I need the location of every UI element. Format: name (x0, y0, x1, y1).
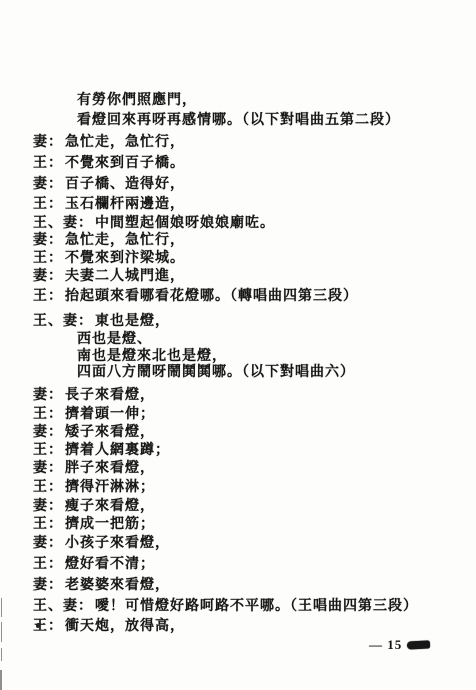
lyric-line: 王：玉石欄杆兩邊造， (33, 196, 185, 213)
lyric-text: 擠成一把筋； (65, 517, 155, 532)
lyric-text: 百子橋、造得好， (65, 177, 185, 192)
speaker-label: 王： (33, 443, 63, 458)
lyric-line: 王：擠成一把筋； (33, 516, 155, 533)
lyric-line: 妻：老婆婆來看燈， (33, 577, 170, 594)
lyric-text: 長子來看燈， (65, 388, 155, 403)
scan-edge-artifact (1, 648, 2, 661)
lyric-text: 矮子來看燈， (65, 425, 155, 440)
page-number: — 15 (369, 637, 402, 653)
lyric-text: 夫妻二人城門進， (65, 269, 185, 284)
lyric-line: 王：抬起頭來看哪看花燈哪。（轉唱曲四第三段） (33, 288, 358, 305)
speaker-label: 王、妻： (33, 599, 93, 614)
lyric-line: 四面八方鬧呀鬧鬨鬨哪。（以下對唱曲六） (75, 364, 355, 381)
lyric-text: 不覺來到汴梁城。 (65, 251, 185, 266)
lyric-text: 南也是燈來北也是燈， (77, 349, 227, 364)
lyric-text: 抬起頭來看哪看花燈哪。（轉唱曲四第三段） (65, 289, 358, 304)
scanned-opera-script-page: 有勞你們照應門， 看燈回來再呀再感情哪。（以下對唱曲五第二段） 妻：急忙走，急忙… (0, 0, 476, 690)
lyric-text: 瘦子來看燈， (65, 499, 155, 514)
speaker-label: 王： (33, 289, 63, 304)
speaker-label: 妻： (33, 425, 63, 440)
scan-edge-artifact (1, 622, 2, 642)
lyric-text: 老婆婆來看燈， (65, 578, 170, 593)
scan-edge-artifact (0, 670, 2, 690)
page-footer: — 15 (369, 637, 430, 653)
lyric-text: 看燈回來再呀再感情哪。（以下對唱曲五第二段） (77, 113, 400, 128)
speaker-label: 王： (33, 407, 63, 422)
speaker-label: 妻： (33, 536, 63, 551)
lyric-line: 妻：急忙走，急忙行， (33, 134, 185, 151)
lyric-text: 小孩子來看燈， (65, 536, 170, 551)
speaker-label: 妻： (33, 269, 63, 284)
speaker-label: 王： (33, 517, 63, 532)
lyric-text: 擠着人網裏蹲； (65, 443, 170, 458)
speaker-label: 妻： (33, 461, 63, 476)
speaker-label: 妻： (33, 135, 63, 150)
lyric-text: 胖子來看燈， (65, 461, 155, 476)
lyric-line: 妻：矮子來看燈， (33, 424, 155, 441)
speaker-label: 王、妻： (33, 314, 93, 329)
lyric-line: 有勞你們照應門， (75, 92, 197, 109)
lyric-text: 玉石欄杆兩邊造， (65, 197, 185, 212)
ink-speck (36, 623, 40, 628)
lyric-line: 王、妻：中間塑起個娘呀娘娘廟咗。 (33, 215, 275, 232)
speaker-label: 王： (33, 197, 63, 212)
lyrics-block: 有勞你們照應門， 看燈回來再呀再感情哪。（以下對唱曲五第二段） 妻：急忙走，急忙… (33, 0, 463, 690)
lyric-text: 噯！可惜燈好路呵路不平哪。（王唱曲四第三段） (95, 599, 418, 614)
lyric-line: 南也是燈來北也是燈， (75, 348, 227, 365)
lyric-text: 擠得汗淋淋； (65, 480, 155, 495)
lyric-text: 東也是燈， (95, 314, 170, 329)
lyric-line: 王：不覺來到百子橋。 (33, 155, 185, 172)
lyric-line: 妻：瘦子來看燈， (33, 498, 155, 515)
lyric-text: 西也是燈、 (77, 332, 152, 347)
lyric-line: 西也是燈、 (75, 331, 152, 348)
speaker-label: 王： (33, 251, 63, 266)
speaker-label: 妻： (33, 388, 63, 403)
lyric-line: 妻：胖子來看燈， (33, 460, 155, 477)
speaker-label: 妻： (33, 499, 63, 514)
speaker-label: 妻： (33, 177, 63, 192)
lyric-text: 四面八方鬧呀鬧鬨鬨哪。（以下對唱曲六） (77, 365, 355, 380)
speaker-label: 王： (33, 557, 63, 572)
lyric-line: 王、妻：噯！可惜燈好路呵路不平哪。（王唱曲四第三段） (33, 598, 418, 615)
lyric-line: 王：燈好看不清； (33, 556, 155, 573)
lyric-text: 有勞你們照應門， (77, 93, 197, 108)
lyric-text: 擠着頭一伸； (65, 407, 155, 422)
lyric-line: 妻：夫妻二人城門進， (33, 268, 185, 285)
speaker-label: 王： (33, 480, 63, 495)
speaker-label: 王、妻： (33, 216, 93, 231)
lyric-line: 王：擠得汗淋淋； (33, 479, 155, 496)
lyric-line: 妻：百子橋、造得好， (33, 176, 185, 193)
lyric-line: 王：不覺來到汴梁城。 (33, 250, 185, 267)
scan-edge-artifact (1, 598, 2, 617)
lyric-text: 急忙走，急忙行， (65, 233, 185, 248)
lyric-line: 王：擠着頭一伸； (33, 406, 155, 423)
lyric-line: 王：擠着人網裏蹲； (33, 442, 170, 459)
lyric-text: 不覺來到百子橋。 (65, 156, 185, 171)
lyric-text: 急忙走，急忙行， (65, 135, 185, 150)
lyric-line: 王、妻：東也是燈， (33, 313, 170, 330)
lyric-line: 妻：小孩子來看燈， (33, 535, 170, 552)
lyric-text: 衝天炮，放得高， (65, 619, 185, 634)
ink-smudge (407, 640, 430, 649)
lyric-line: 看燈回來再呀再感情哪。（以下對唱曲五第二段） (75, 112, 400, 129)
lyric-text: 中間塑起個娘呀娘娘廟咗。 (95, 216, 275, 231)
speaker-label: 妻： (33, 233, 63, 248)
lyric-text: 燈好看不清； (65, 557, 155, 572)
speaker-label: 妻： (33, 578, 63, 593)
lyric-line: 妻：急忙走，急忙行， (33, 232, 185, 249)
speaker-label: 王： (33, 156, 63, 171)
lyric-line: 妻：長子來看燈， (33, 387, 155, 404)
lyric-line: 王：衝天炮，放得高， (33, 618, 185, 635)
